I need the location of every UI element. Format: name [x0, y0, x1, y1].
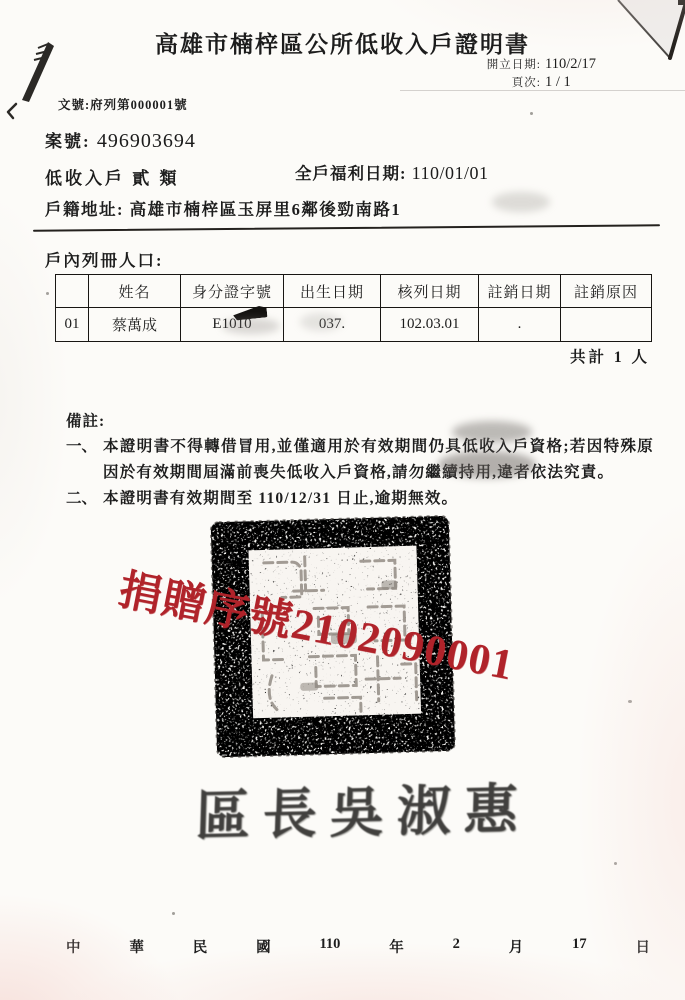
col-revoke-reason: 註銷原因 — [561, 275, 652, 308]
district-chief-signature: 區長吳淑惠 — [195, 766, 532, 850]
case-number-label: 案號: — [45, 132, 91, 151]
issue-date-label: 開立日期: — [487, 57, 541, 74]
cell-index: 01 — [56, 308, 89, 342]
scan-speck — [628, 700, 632, 703]
registered-address-line: 戶籍地址: 高雄市楠梓區玉屏里6鄰後勁南路1 — [45, 196, 401, 220]
header-meta: 開立日期: 110/2/17 頁次: 1 / 1 — [487, 56, 607, 92]
address-label: 戶籍地址: — [45, 200, 124, 219]
notes-section: 備註: 一、 本證明書不得轉借冒用,並僅適用於有效期間仍具低收入戶資格;若因特殊… — [66, 409, 654, 512]
date-char: 民 — [193, 936, 208, 957]
household-roster-title: 戶內列冊人口: — [45, 247, 164, 271]
document-number: 文號:府列第000001號 — [58, 95, 188, 113]
date-month: 2 — [453, 936, 460, 957]
date-char: 國 — [256, 936, 271, 957]
date-char: 月 — [509, 936, 524, 957]
col-birth-date: 出生日期 — [284, 275, 381, 308]
date-char: 華 — [129, 936, 144, 957]
note-text: 本證明書有效期間至 110/12/31 日止,逾期無效。 — [103, 486, 654, 512]
welfare-date-value: 110/01/01 — [412, 163, 489, 183]
issue-date-value: 110/2/17 — [545, 56, 607, 73]
note-item-2: 二、 本證明書有效期間至 110/12/31 日止,逾期無效。 — [66, 486, 654, 512]
address-redaction-blur — [492, 192, 550, 212]
col-id-number: 身分證字號 — [181, 275, 284, 308]
date-char: 年 — [389, 936, 404, 957]
welfare-date-line: 全戶福利日期: 110/01/01 — [295, 160, 488, 184]
cell-id-number: E1010 — [181, 308, 284, 342]
date-char: 日 — [635, 936, 650, 957]
col-index — [56, 275, 89, 308]
scan-speck — [46, 292, 49, 295]
scanned-certificate-page: { "doc": { "title": "高雄市楠梓區公所低收入戶證明書", "… — [0, 0, 685, 1000]
note-text: 本證明書不得轉借冒用,並僅適用於有效期間仍具低收入戶資格;若因特殊原因於有效期間… — [103, 434, 654, 486]
section-divider-line — [33, 224, 660, 231]
col-listed-date: 核列日期 — [381, 275, 479, 308]
col-name: 姓名 — [89, 275, 181, 308]
header-divider — [400, 90, 685, 91]
case-number-value: 496903694 — [97, 130, 196, 152]
note-item-1: 一、 本證明書不得轉借冒用,並僅適用於有效期間仍具低收入戶資格;若因特殊原因於有… — [66, 434, 654, 486]
scan-speck — [530, 112, 533, 115]
address-value: 高雄市楠梓區玉屏里6鄰後勁南路1 — [130, 200, 402, 219]
page-number-value: 1 / 1 — [545, 74, 607, 91]
note-number: 二、 — [66, 486, 103, 512]
cell-revoke-date: . — [479, 308, 561, 342]
case-number-line: 案號: 496903694 — [45, 127, 196, 153]
scan-speck — [614, 862, 617, 865]
note-number: 一、 — [66, 434, 103, 460]
table-header-row: 姓名 身分證字號 出生日期 核列日期 註銷日期 註銷原因 — [56, 275, 652, 308]
scan-speck — [172, 912, 175, 915]
household-roster-table: 姓名 身分證字號 出生日期 核列日期 註銷日期 註銷原因 01 蔡萬成 E101… — [55, 274, 652, 342]
cell-revoke-reason — [561, 308, 652, 342]
col-revoke-date: 註銷日期 — [479, 275, 561, 308]
welfare-date-label: 全戶福利日期: — [295, 164, 407, 183]
date-year: 110 — [319, 936, 340, 957]
cell-name: 蔡萬成 — [89, 308, 181, 342]
low-income-category: 低收入戶 貳 類 — [45, 164, 180, 189]
date-char: 中 — [66, 936, 81, 957]
page-title: 高雄市楠梓區公所低收入戶證明書 — [0, 26, 685, 59]
notes-title: 備註: — [66, 409, 654, 431]
cell-birth-date: 037. — [284, 308, 381, 342]
table-row: 01 蔡萬成 E1010 037. 102.03.01 . — [56, 308, 652, 342]
date-day: 17 — [572, 936, 587, 957]
total-count-text: 共計 1 人 — [500, 345, 650, 367]
cell-listed-date: 102.03.01 — [381, 308, 479, 342]
roc-date-line: 中 華 民 國 110 年 2 月 17 日 — [66, 936, 650, 957]
